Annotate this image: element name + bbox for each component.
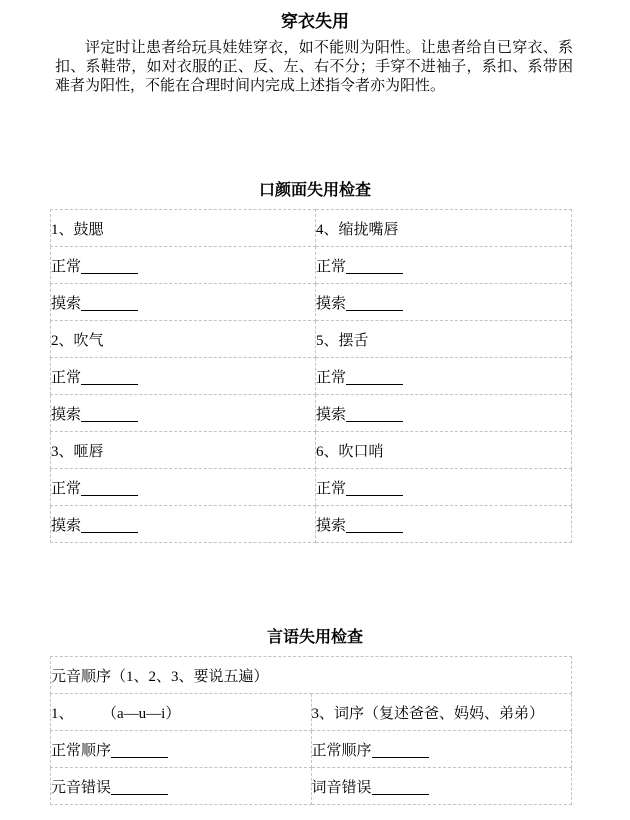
table-cell: 1、鼓腮	[51, 210, 316, 247]
answer-label: 正常	[316, 370, 346, 386]
table-cell: 3、咂唇	[51, 432, 316, 469]
table-row: 摸索 摸索	[51, 284, 572, 321]
item-label: 3、咂唇	[51, 444, 104, 460]
fill-blank[interactable]	[346, 273, 403, 274]
fill-blank[interactable]	[81, 384, 138, 385]
fill-blank[interactable]	[81, 421, 138, 422]
table-cell: 摸索	[51, 506, 316, 543]
fill-blank[interactable]	[81, 495, 138, 496]
item-label: 1、鼓腮	[51, 222, 104, 238]
table-row: 摸索 摸索	[51, 506, 572, 543]
table-row: 摸索 摸索	[51, 395, 572, 432]
answer-label: 摸索	[316, 518, 346, 534]
table-cell: 正常	[51, 469, 316, 506]
answer-label: 摸索	[51, 407, 81, 423]
fill-blank[interactable]	[346, 532, 403, 533]
item-number: 1、	[51, 706, 74, 722]
answer-label: 摸索	[316, 296, 346, 312]
table-cell: 摸索	[316, 506, 572, 543]
table-cell: 正常	[316, 358, 572, 395]
fill-blank[interactable]	[81, 273, 138, 274]
oral-section-title: 口颜面失用检查	[0, 181, 630, 201]
table-cell: 1、（a—u—i）	[51, 694, 312, 731]
answer-label: 正常顺序	[312, 743, 372, 759]
fill-blank[interactable]	[346, 310, 403, 311]
item-label: 3、词序（复述爸爸、妈妈、弟弟）	[312, 706, 545, 722]
table-cell: 正常	[51, 358, 316, 395]
table-row: 1、鼓腮 4、缩拢嘴唇	[51, 210, 572, 247]
table-cell: 摸索	[316, 284, 572, 321]
fill-blank[interactable]	[346, 384, 403, 385]
answer-label: 正常	[316, 259, 346, 275]
speech-header-label: 元音顺序（1、2、3、要说五遍）	[51, 669, 269, 685]
table-cell: 2、吹气	[51, 321, 316, 358]
fill-blank[interactable]	[111, 757, 168, 758]
fill-blank[interactable]	[372, 794, 429, 795]
item-label: 6、吹口哨	[316, 444, 384, 460]
fill-blank[interactable]	[111, 794, 168, 795]
table-row: 正常 正常	[51, 358, 572, 395]
table-cell: 摸索	[51, 395, 316, 432]
speech-apraxia-table: 元音顺序（1、2、3、要说五遍） 1、（a—u—i） 3、词序（复述爸爸、妈妈、…	[50, 656, 572, 805]
table-cell: 元音顺序（1、2、3、要说五遍）	[51, 657, 572, 694]
answer-label: 元音错误	[51, 780, 111, 796]
speech-section-title: 言语失用检查	[0, 628, 630, 648]
table-cell: 5、摆舌	[316, 321, 572, 358]
document-page: 穿衣失用 评定时让患者给玩具娃娃穿衣，如不能则为阳性。让患者给自已穿衣、系扣、系…	[0, 0, 630, 820]
table-cell: 正常	[51, 247, 316, 284]
table-row: 正常 正常	[51, 469, 572, 506]
table-cell: 6、吹口哨	[316, 432, 572, 469]
table-cell: 正常顺序	[311, 731, 572, 768]
table-row: 正常顺序 正常顺序	[51, 731, 572, 768]
fill-blank[interactable]	[81, 532, 138, 533]
answer-label: 摸索	[51, 518, 81, 534]
table-cell: 词音错误	[311, 768, 572, 805]
table-row: 1、（a—u—i） 3、词序（复述爸爸、妈妈、弟弟）	[51, 694, 572, 731]
table-cell: 4、缩拢嘴唇	[316, 210, 572, 247]
table-cell: 3、词序（复述爸爸、妈妈、弟弟）	[311, 694, 572, 731]
answer-label: 摸索	[51, 296, 81, 312]
answer-label: 正常	[316, 481, 346, 497]
table-cell: 摸索	[51, 284, 316, 321]
fill-blank[interactable]	[346, 421, 403, 422]
fill-blank[interactable]	[81, 310, 138, 311]
item-label: 2、吹气	[51, 333, 104, 349]
table-row: 正常 正常	[51, 247, 572, 284]
table-cell: 元音错误	[51, 768, 312, 805]
answer-label: 正常顺序	[51, 743, 111, 759]
fill-blank[interactable]	[346, 495, 403, 496]
fill-blank[interactable]	[372, 757, 429, 758]
answer-label: 正常	[51, 481, 81, 497]
item-label: 4、缩拢嘴唇	[316, 222, 399, 238]
table-cell: 摸索	[316, 395, 572, 432]
table-cell: 正常顺序	[51, 731, 312, 768]
answer-label: 正常	[51, 259, 81, 275]
answer-label: 正常	[51, 370, 81, 386]
table-cell: 正常	[316, 469, 572, 506]
item-label: 5、摆舌	[316, 333, 369, 349]
table-row: 2、吹气 5、摆舌	[51, 321, 572, 358]
oral-apraxia-table: 1、鼓腮 4、缩拢嘴唇 正常 正常 摸索 摸索 2、吹气 5、摆舌 正常 正常 …	[50, 209, 572, 543]
table-cell: 正常	[316, 247, 572, 284]
document-title: 穿衣失用	[0, 12, 630, 32]
table-row: 3、咂唇 6、吹口哨	[51, 432, 572, 469]
item-detail: （a—u—i）	[110, 706, 181, 722]
table-row: 元音错误 词音错误	[51, 768, 572, 805]
answer-label: 词音错误	[312, 780, 372, 796]
table-row: 元音顺序（1、2、3、要说五遍）	[51, 657, 572, 694]
answer-label: 摸索	[316, 407, 346, 423]
intro-paragraph: 评定时让患者给玩具娃娃穿衣，如不能则为阳性。让患者给自已穿衣、系扣、系鞋带，如对…	[55, 39, 573, 96]
